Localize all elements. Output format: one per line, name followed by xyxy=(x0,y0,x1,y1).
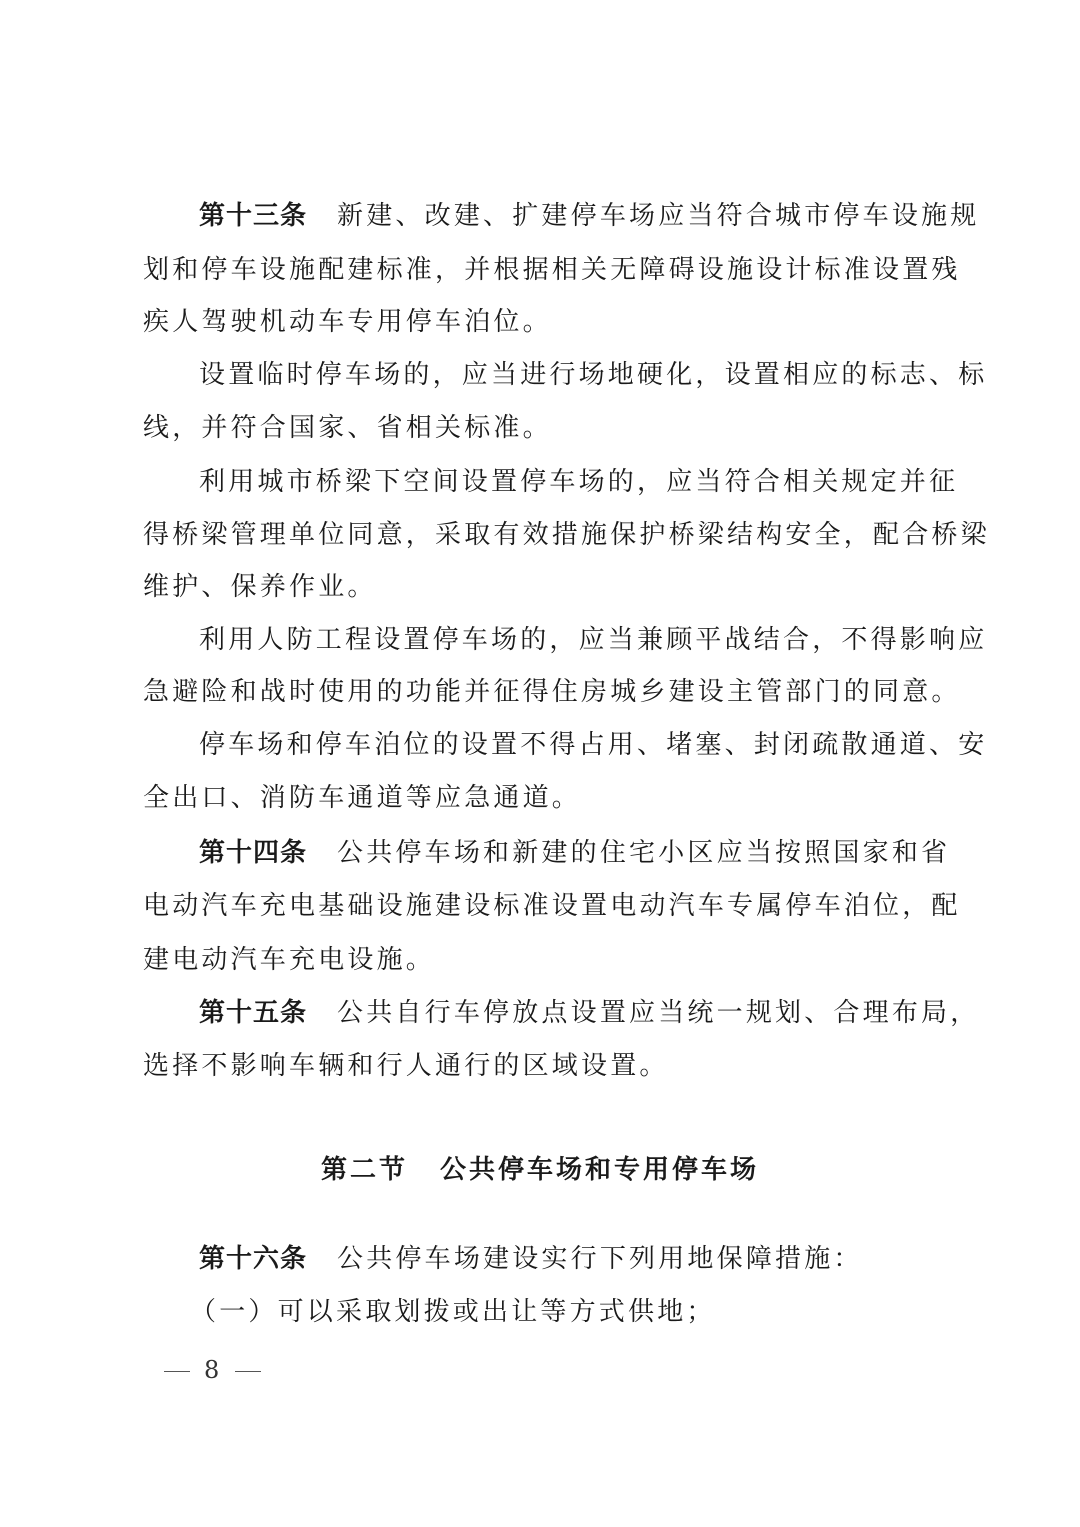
article-16-item-1: （一）可以采取划拨或出让等方式供地； xyxy=(190,1292,929,1332)
article-16-line-1: 第十六条公共停车场建设实行下列用地保障措施： xyxy=(199,1239,938,1279)
article-13-p3-line-2: 得桥梁管理单位同意，采取有效措施保护桥梁结构安全，配合桥梁 xyxy=(143,515,938,555)
page-number: 8 xyxy=(150,1352,275,1388)
section-number: 第二节 xyxy=(321,1155,408,1185)
article-13-line-2: 划和停车设施配建标准，并根据相关无障碍设施设计标准设置残 xyxy=(143,250,938,290)
article-14-line-2: 电动汽车充电基础设施建设标准设置电动汽车专属停车泊位，配 xyxy=(143,886,938,926)
article-13-p3-line-3: 维护、保养作业。 xyxy=(143,567,938,607)
article-text: 公共停车场和新建的住宅小区应当按照国家和省 xyxy=(337,838,950,868)
article-13-p3-line-1: 利用城市桥梁下空间设置停车场的，应当符合相关规定并征 xyxy=(199,462,938,502)
article-14-line-3: 建电动汽车充电设施。 xyxy=(143,940,938,980)
article-14-line-1: 第十四条公共停车场和新建的住宅小区应当按照国家和省 xyxy=(199,833,938,873)
article-16-label: 第十六条 xyxy=(199,1244,307,1274)
document-page: 第十三条新建、改建、扩建停车场应当符合城市停车设施规 划和停车设施配建标准，并根… xyxy=(0,0,1080,1527)
article-13-line-3: 疾人驾驶机动车专用停车泊位。 xyxy=(143,302,938,342)
article-15-line-1: 第十五条公共自行车停放点设置应当统一规划、合理布局， xyxy=(199,993,938,1033)
dash-left xyxy=(164,1371,190,1372)
article-text: 新建、改建、扩建停车场应当符合城市停车设施规 xyxy=(337,201,979,231)
article-text: 公共自行车停放点设置应当统一规划、合理布局， xyxy=(337,998,979,1028)
dash-right xyxy=(235,1371,261,1372)
article-13-p2-line-1: 设置临时停车场的，应当进行场地硬化，设置相应的标志、标 xyxy=(199,355,938,395)
article-14-label: 第十四条 xyxy=(199,838,307,868)
article-15-line-2: 选择不影响车辆和行人通行的区域设置。 xyxy=(143,1046,938,1086)
article-13-p5-line-2: 全出口、消防车通道等应急通道。 xyxy=(143,778,938,818)
section-title: 公共停车场和专用停车场 xyxy=(440,1155,759,1185)
article-13-p5-line-1: 停车场和停车泊位的设置不得占用、堵塞、封闭疏散通道、安 xyxy=(199,725,938,765)
article-13-p2-line-2: 线，并符合国家、省相关标准。 xyxy=(143,408,938,448)
article-13-p4-line-2: 急避险和战时使用的功能并征得住房城乡建设主管部门的同意。 xyxy=(143,672,938,712)
page-number-value: 8 xyxy=(204,1356,221,1384)
article-13-label: 第十三条 xyxy=(199,201,307,231)
article-15-label: 第十五条 xyxy=(199,998,307,1028)
article-13-p4-line-1: 利用人防工程设置停车场的，应当兼顾平战结合，不得影响应 xyxy=(199,620,938,660)
article-13-line-1: 第十三条新建、改建、扩建停车场应当符合城市停车设施规 xyxy=(199,196,938,236)
article-text: 公共停车场建设实行下列用地保障措施： xyxy=(337,1244,863,1274)
section-heading: 第二节公共停车场和专用停车场 xyxy=(0,1150,1080,1190)
